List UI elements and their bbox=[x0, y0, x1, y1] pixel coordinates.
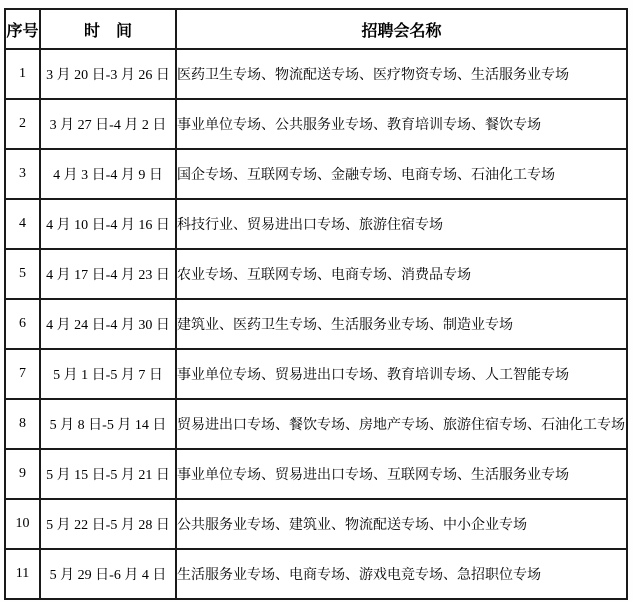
header-time: 时 间 bbox=[40, 9, 176, 49]
cell-time: 5 月 1 日-5 月 7 日 bbox=[40, 349, 176, 399]
table-row: 4 4 月 10 日-4 月 16 日 科技行业、贸易进出口专场、旅游住宿专场 bbox=[5, 199, 627, 249]
cell-time: 5 月 15 日-5 月 21 日 bbox=[40, 449, 176, 499]
cell-time: 4 月 24 日-4 月 30 日 bbox=[40, 299, 176, 349]
cell-fairs: 事业单位专场、贸易进出口专场、互联网专场、生活服务业专场 bbox=[176, 449, 627, 499]
cell-seq: 4 bbox=[5, 199, 40, 249]
cell-seq: 5 bbox=[5, 249, 40, 299]
header-row: 序号 时 间 招聘会名称 bbox=[5, 9, 627, 49]
cell-seq: 3 bbox=[5, 149, 40, 199]
table-row: 11 5 月 29 日-6 月 4 日 生活服务业专场、电商专场、游戏电竞专场、… bbox=[5, 549, 627, 599]
cell-time: 4 月 10 日-4 月 16 日 bbox=[40, 199, 176, 249]
cell-fairs: 事业单位专场、公共服务业专场、教育培训专场、餐饮专场 bbox=[176, 99, 627, 149]
cell-fairs: 公共服务业专场、建筑业、物流配送专场、中小企业专场 bbox=[176, 499, 627, 549]
cell-seq: 6 bbox=[5, 299, 40, 349]
cell-fairs: 科技行业、贸易进出口专场、旅游住宿专场 bbox=[176, 199, 627, 249]
table-row: 9 5 月 15 日-5 月 21 日 事业单位专场、贸易进出口专场、互联网专场… bbox=[5, 449, 627, 499]
cell-fairs: 生活服务业专场、电商专场、游戏电竞专场、急招职位专场 bbox=[176, 549, 627, 599]
cell-seq: 11 bbox=[5, 549, 40, 599]
cell-fairs: 事业单位专场、贸易进出口专场、教育培训专场、人工智能专场 bbox=[176, 349, 627, 399]
table-row: 2 3 月 27 日-4 月 2 日 事业单位专场、公共服务业专场、教育培训专场… bbox=[5, 99, 627, 149]
cell-fairs: 农业专场、互联网专场、电商专场、消费品专场 bbox=[176, 249, 627, 299]
cell-time: 5 月 29 日-6 月 4 日 bbox=[40, 549, 176, 599]
table-row: 5 4 月 17 日-4 月 23 日 农业专场、互联网专场、电商专场、消费品专… bbox=[5, 249, 627, 299]
cell-time: 3 月 20 日-3 月 26 日 bbox=[40, 49, 176, 99]
cell-time: 4 月 17 日-4 月 23 日 bbox=[40, 249, 176, 299]
table-row: 3 4 月 3 日-4 月 9 日 国企专场、互联网专场、金融专场、电商专场、石… bbox=[5, 149, 627, 199]
cell-fairs: 贸易进出口专场、餐饮专场、房地产专场、旅游住宿专场、石油化工专场 bbox=[176, 399, 627, 449]
table-row: 7 5 月 1 日-5 月 7 日 事业单位专场、贸易进出口专场、教育培训专场、… bbox=[5, 349, 627, 399]
cell-seq: 1 bbox=[5, 49, 40, 99]
cell-fairs: 国企专场、互联网专场、金融专场、电商专场、石油化工专场 bbox=[176, 149, 627, 199]
cell-time: 5 月 22 日-5 月 28 日 bbox=[40, 499, 176, 549]
cell-seq: 9 bbox=[5, 449, 40, 499]
document-page: 序号 时 间 招聘会名称 1 3 月 20 日-3 月 26 日 医药卫生专场、… bbox=[0, 0, 633, 602]
cell-seq: 2 bbox=[5, 99, 40, 149]
header-seq: 序号 bbox=[5, 9, 40, 49]
cell-seq: 10 bbox=[5, 499, 40, 549]
cell-seq: 7 bbox=[5, 349, 40, 399]
table-row: 6 4 月 24 日-4 月 30 日 建筑业、医药卫生专场、生活服务业专场、制… bbox=[5, 299, 627, 349]
cell-fairs: 医药卫生专场、物流配送专场、医疗物资专场、生活服务业专场 bbox=[176, 49, 627, 99]
table-row: 10 5 月 22 日-5 月 28 日 公共服务业专场、建筑业、物流配送专场、… bbox=[5, 499, 627, 549]
recruitment-schedule-table: 序号 时 间 招聘会名称 1 3 月 20 日-3 月 26 日 医药卫生专场、… bbox=[4, 8, 628, 600]
cell-seq: 8 bbox=[5, 399, 40, 449]
table-row: 8 5 月 8 日-5 月 14 日 贸易进出口专场、餐饮专场、房地产专场、旅游… bbox=[5, 399, 627, 449]
schedule-table: 序号 时 间 招聘会名称 1 3 月 20 日-3 月 26 日 医药卫生专场、… bbox=[4, 8, 628, 600]
cell-time: 4 月 3 日-4 月 9 日 bbox=[40, 149, 176, 199]
cell-time: 5 月 8 日-5 月 14 日 bbox=[40, 399, 176, 449]
cell-fairs: 建筑业、医药卫生专场、生活服务业专场、制造业专场 bbox=[176, 299, 627, 349]
cell-time: 3 月 27 日-4 月 2 日 bbox=[40, 99, 176, 149]
table-row: 1 3 月 20 日-3 月 26 日 医药卫生专场、物流配送专场、医疗物资专场… bbox=[5, 49, 627, 99]
header-fair-name: 招聘会名称 bbox=[176, 9, 627, 49]
